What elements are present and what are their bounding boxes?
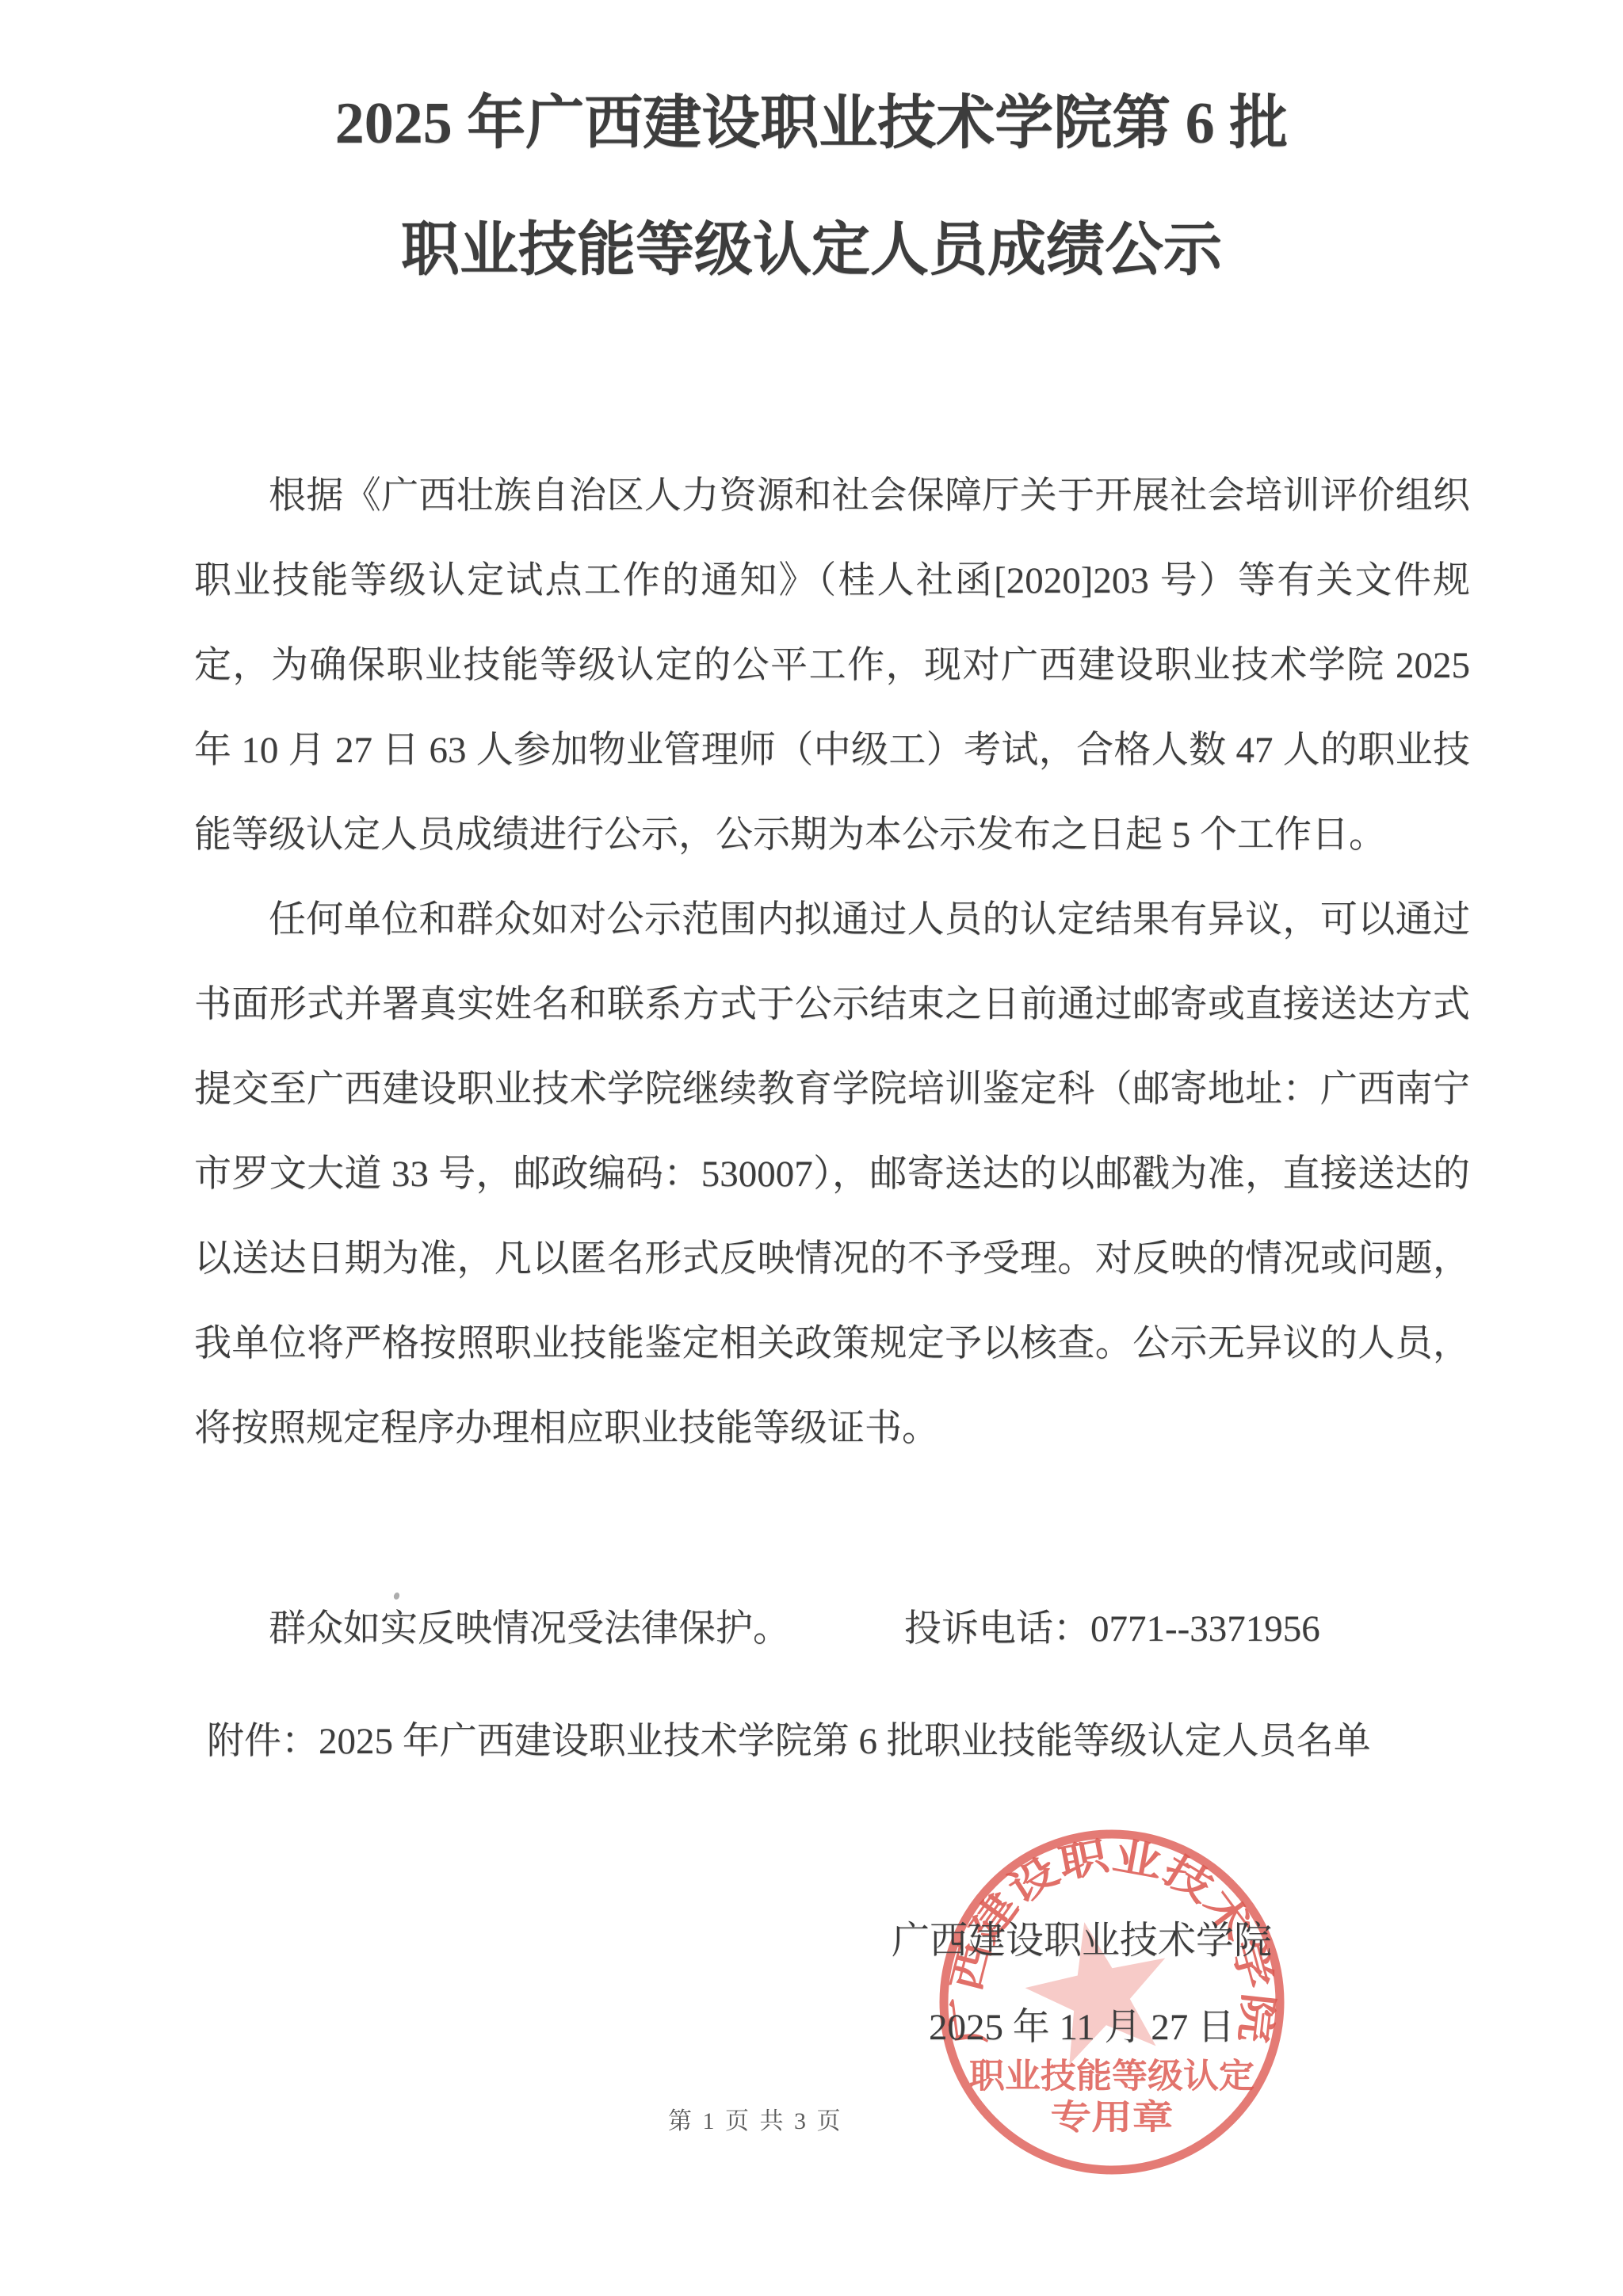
complaint-phone: 投诉电话：0771--3371956 <box>904 1587 1320 1672</box>
document-body: 根据《广西壮族自治区人力资源和社会保障厅关于开展社会培训评价组织职业技能等级认定… <box>194 454 1470 1471</box>
paragraph-objection-procedure: 任何单位和群众如对公示范围内拟通过人员的认定结果有异议，可以通过书面形式并署真实… <box>194 878 1470 1471</box>
page-number-footer: 第 1 页 共 3 页 <box>668 2106 843 2138</box>
legal-protection-statement: 群众如实反映情况受法律保护。 <box>269 1587 790 1672</box>
seal-inner-line2: 专用章 <box>1051 2098 1174 2137</box>
scanned-document-page: 2025 年广西建设职业技术学院第 6 批 职业技能等级认定人员成绩公示 根据《… <box>0 0 1623 2296</box>
document-title: 2025 年广西建设职业技术学院第 6 批 职业技能等级认定人员成绩公示 <box>0 60 1623 314</box>
legal-protection-row: 群众如实反映情况受法律保护。 投诉电话：0771--3371956 <box>194 1587 1470 1672</box>
document-title-line1: 2025 年广西建设职业技术学院第 6 批 <box>0 60 1623 187</box>
signature-block: 广西建设职业技术学院 2025 年 11 月 27 日 <box>884 1919 1280 2048</box>
signature-date: 2025 年 11 月 27 日 <box>884 2007 1280 2048</box>
signature-org: 广西建设职业技术学院 <box>884 1919 1280 1963</box>
seal-inner-line1: 职业技能等级认定 <box>969 2057 1254 2096</box>
paragraph-basis: 根据《广西壮族自治区人力资源和社会保障厅关于开展社会培训评价组织职业技能等级认定… <box>194 454 1470 878</box>
document-title-line2: 职业技能等级认定人员成绩公示 <box>0 187 1623 314</box>
attachment-line: 附件：2025 年广西建设职业技术学院第 6 批职业技能等级认定人员名单 <box>194 1699 1554 1784</box>
